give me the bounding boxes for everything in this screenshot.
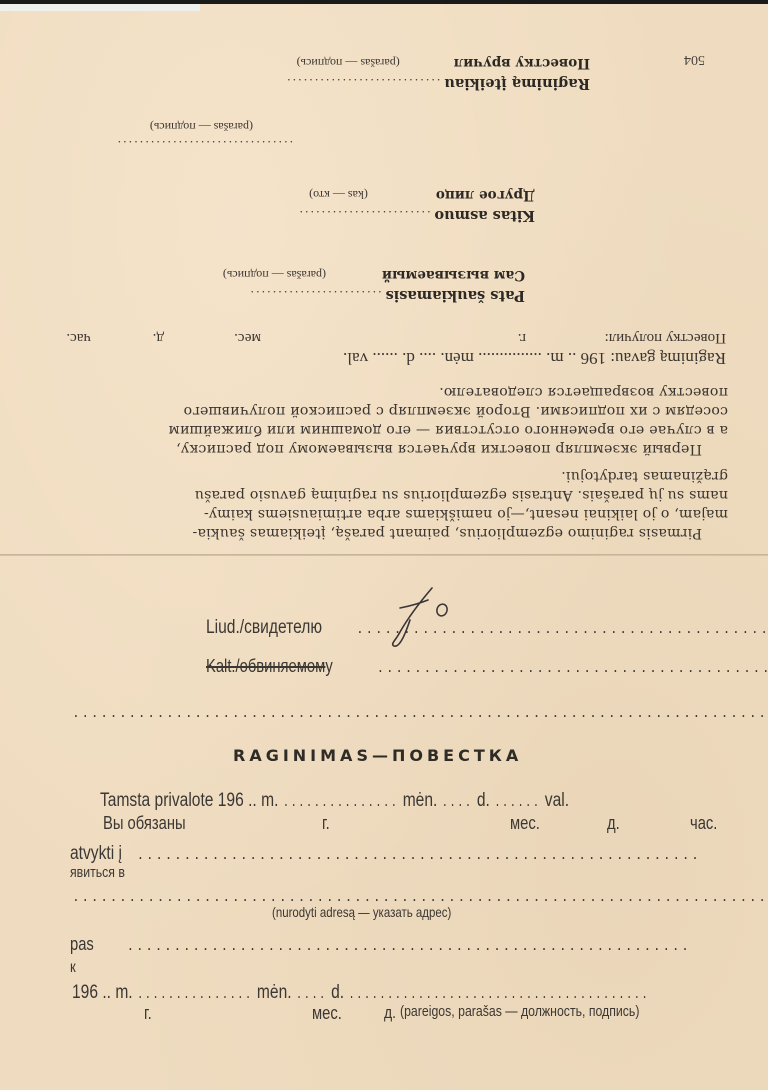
witness-name-field[interactable]: ........................................…: [375, 622, 768, 637]
obliged-date-ru: Вы обязаны г. мес. д. час.: [100, 813, 740, 835]
other-person-caption-row: Другое лицо (kas — кто): [309, 186, 535, 204]
appear-at-row: atvykti į ..............................…: [70, 843, 701, 865]
official-signature-caption: (pareigos, parašas — должность, подпись): [400, 1003, 639, 1020]
accused-label: Kalt./обвиняемому: [206, 656, 329, 677]
witness-row: Liud./свидетелю.........................…: [206, 617, 768, 639]
received-date-line: Raginimą gavau: 196 .. m. ..............…: [343, 348, 726, 368]
official-signature-field[interactable]: .......................................: [348, 987, 649, 1002]
other-signature-row: ................................: [115, 136, 293, 154]
address-field[interactable]: ........................................…: [72, 890, 768, 905]
to-person-field[interactable]: ........................................…: [126, 939, 690, 954]
appear-at-field[interactable]: ........................................…: [136, 848, 700, 863]
delivered-row: Raginimą įteikiau ......................…: [285, 74, 590, 92]
rotated-receipt-section: Pirmasis raginimo egzempliorius, paimant…: [0, 4, 768, 554]
received-month-field[interactable]: ...............: [478, 349, 542, 368]
address-caption: (nurodyti adresą — указать адрес): [272, 904, 451, 920]
signature-date-ru: г. мес. д. (pareigos, parašas — должност…: [72, 1003, 752, 1025]
to-person-ru: к: [70, 959, 76, 977]
self-signature-field[interactable]: ........................: [248, 288, 381, 303]
instructions-lt: Pirmasis raginimo egzempliorius, paimant…: [192, 466, 728, 542]
other-person-field[interactable]: ........................: [297, 208, 430, 223]
appear-at-ru: явиться в: [70, 864, 125, 881]
received-day-field[interactable]: ....: [419, 349, 436, 368]
obliged-month-field[interactable]: ...............: [283, 795, 399, 810]
name-continuation-field[interactable]: ........................................…: [72, 706, 768, 721]
to-person-row: pas ....................................…: [70, 934, 691, 955]
signature-day-field[interactable]: ....: [296, 987, 327, 1002]
self-signature-caption-row: Сам вызываемый (parašas — подпись): [223, 266, 525, 284]
signature-date-row: 196 .. m. ............... mėn. .... d. .…: [72, 982, 768, 1004]
page-number: 504: [684, 51, 705, 67]
received-hour-field[interactable]: ......: [372, 349, 398, 368]
other-signature-field[interactable]: ................................: [115, 138, 293, 153]
signature-month-field[interactable]: ...............: [137, 987, 253, 1002]
self-signature-row: Pats šaukiamasis .......................…: [248, 286, 525, 304]
other-person-row: Kitas asmuo ........................: [297, 206, 535, 224]
obliged-date-row: Tamsta privalote 196 .. m. .............…: [100, 790, 672, 812]
accused-name-field[interactable]: ........................................…: [376, 661, 768, 676]
instructions-ru: Первый экземпляр повестки вручается вызы…: [168, 382, 728, 458]
fold-line: [0, 554, 768, 556]
obliged-day-field[interactable]: ....: [442, 795, 473, 810]
accused-row: Kalt./обвиняемому ......................…: [206, 656, 768, 677]
other-signature-caption: (parašas — подпись): [150, 119, 253, 134]
received-date-ru: Повестку получил: г. мес. д. час.: [26, 329, 726, 346]
delivered-caption-row: Повестку вручил (parašas — подпись): [297, 54, 590, 72]
obliged-hour-field[interactable]: ......: [494, 795, 540, 810]
delivered-signature-field[interactable]: ............................: [285, 76, 440, 91]
handwritten-jo: [370, 580, 460, 650]
form-title: RAGINIMAS—ПОВЕСТКА: [233, 746, 522, 765]
